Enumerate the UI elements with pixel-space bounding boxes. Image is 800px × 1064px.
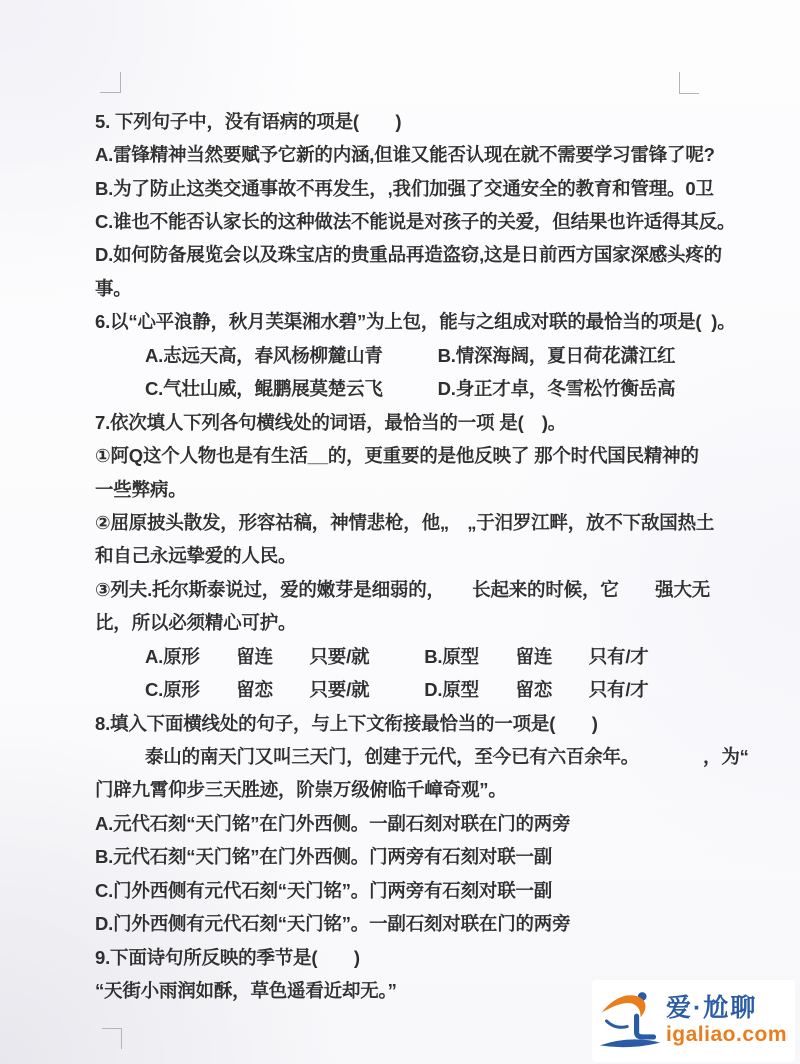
text-line: B.元代石刻“天门铭”在门外西侧。门两旁有石刻对联一副 <box>95 840 717 873</box>
text-line: A.雷锋精神当然要赋予它新的内涵,但谁又能否认现在就不需要学习雷锋了呢? <box>95 137 717 170</box>
corner-mark-top-left <box>100 72 121 93</box>
igaliao-watermark: 爱·尬聊 igaliao.com <box>592 980 795 1062</box>
text-line: ①阿Q这个人物也是有生活__的，更重要的是他反映了 那个时代国民精神的 <box>95 438 717 471</box>
text-line: 6.以“心平浪静，秋月芙渠湘水碧”为上包，能与之组成对联的最恰当的项是( )。 <box>95 305 717 338</box>
running-figure-icon <box>598 986 662 1054</box>
watermark-brand: 爱·尬聊 <box>666 996 787 1021</box>
text-line: 9.下面诗句所反映的季节是( ) <box>95 940 717 973</box>
watermark-domain: igaliao.com <box>666 1024 787 1045</box>
text-line: ②屈原披头散发，形容祜稿，神情悲枪，他„ „于汨罗江畔，放不下敌国热土 <box>95 505 717 538</box>
text-line: 5. 下列句子中，没有语病的项是( ) <box>95 104 717 137</box>
text-line: A.志远天高，春风杨柳麓山青 B.情深海阔，夏日荷花潇江红 <box>95 338 717 371</box>
text-line: 8.填入下面横线处的句子，与上下文衔接最恰当的一项是( ) <box>95 706 717 739</box>
watermark-text: 爱·尬聊 igaliao.com <box>666 996 787 1045</box>
text-line: C.门外西侧有元代石刻“天门铭”。门两旁有石刻对联一副 <box>95 873 717 906</box>
text-line: D.门外西侧有元代石刻“天门铭”。一副石刻对联在门的两旁 <box>95 907 717 940</box>
text-line: D.如何防备展览会以及珠宝店的贵重品再造盗窃,这是日前西方国家深感头疼的 <box>95 238 717 271</box>
text-line: 一些弊病。 <box>95 472 717 505</box>
text-line: C.原形 留恋 只要/就 D.原型 留恋 只有/才 <box>95 672 717 705</box>
corner-mark-bottom-left <box>102 1028 122 1049</box>
document-text: 5. 下列句子中，没有语病的项是( )A.雷锋精神当然要赋予它新的内涵,但谁又能… <box>95 104 717 1007</box>
text-line: 事。 <box>95 271 717 304</box>
text-line: A.元代石刻“天门铭”在门外西侧。一副石刻对联在门的两旁 <box>95 806 717 839</box>
exam-page: 5. 下列句子中，没有语病的项是( )A.雷锋精神当然要赋予它新的内涵,但谁又能… <box>0 0 800 1064</box>
text-line: B.为了防止这类交通事故不再发生，,我们加强了交通安全的教育和管理。0卫 <box>95 171 717 204</box>
text-line: 泰山的南天门又叫三天门，创建于元代，至今已有六百余年。 ，为“ <box>95 739 717 772</box>
text-line: C.气壮山威，鲲鹏展莫楚云飞 D.身正才卓，冬雪松竹衡岳高 <box>95 372 717 405</box>
text-line: 门辟九霄仰步三天胜迹，阶崇万级俯临千嶂奇观”。 <box>95 773 717 806</box>
text-line: 和自己永远挚爱的人民。 <box>95 539 717 572</box>
text-line: 比，所以必须精心可护。 <box>95 606 717 639</box>
corner-mark-top-right <box>679 72 699 94</box>
text-line: 7.依次填人下列各句横线处的词语，最恰当的一项 是( )。 <box>95 405 717 438</box>
text-line: C.谁也不能否认家长的这种做法不能说是对孩子的关爱，但结果也许适得其反。 <box>95 204 717 237</box>
text-line: A.原形 留连 只要/就 B.原型 留连 只有/才 <box>95 639 717 672</box>
text-line: ③列夫.托尔斯泰说过，爱的嫩芽是细弱的， 长起来的时候，它 强大无 <box>95 572 717 605</box>
